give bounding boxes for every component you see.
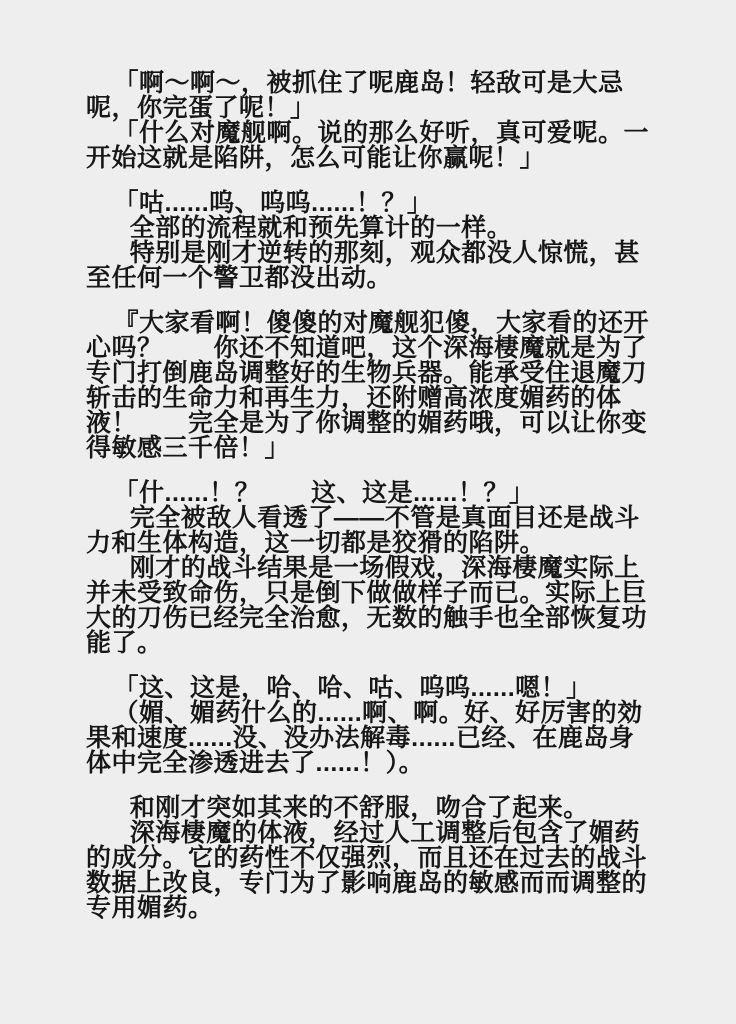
paragraph: 「什么对魔舰啊。说的那么好听，真可爱呢。一开始这就是陷阱，怎么可能让你赢呢！」: [86, 121, 652, 171]
paragraph: 深海棲魔的体液，经过人工调整后包含了媚药的成分。它的药性不仅强烈，而且还在过去的…: [86, 821, 652, 921]
paragraph: 「啊～啊～，被抓住了呢鹿岛！轻敌可是大忌呢，你完蛋了呢！」: [86, 71, 652, 121]
paragraph: 「咕......呜、呜呜......！？」: [86, 191, 652, 216]
reader-page: 「啊～啊～，被抓住了呢鹿岛！轻敌可是大忌呢，你完蛋了呢！」 「什么对魔舰啊。说的…: [0, 0, 736, 1024]
paragraph: 特别是刚才逆转的那刻，观众都没人惊慌，甚至任何一个警卫都没出动。: [86, 241, 652, 291]
paragraph: 全部的流程就和预先算计的一样。: [86, 216, 652, 241]
paragraph: 「什......！？ 这、这是......！？」: [86, 481, 652, 506]
paragraph: （媚、媚药什么的......啊、啊。好、好厉害的効果和速度......没、没办法…: [86, 701, 652, 776]
paragraph: 完全被敌人看透了——不管是真面目还是战斗力和生体构造，这一切都是狡猾的陷阱。: [86, 506, 652, 556]
paragraph: 「这、这是，哈、哈、咕、呜呜......嗯！」: [86, 676, 652, 701]
paragraph: 刚才的战斗结果是一场假戏，深海棲魔实际上并未受致命伤，只是倒下做做样子而已。实际…: [86, 556, 652, 656]
paragraph: 『大家看啊！傻傻的对魔舰犯傻，大家看的还开心吗？ 你还不知道吧，这个深海棲魔就是…: [86, 311, 652, 461]
paragraph: 和刚才突如其来的不舒服，吻合了起来。: [86, 796, 652, 821]
novel-text-column: 「啊～啊～，被抓住了呢鹿岛！轻敌可是大忌呢，你完蛋了呢！」 「什么对魔舰啊。说的…: [86, 71, 652, 921]
